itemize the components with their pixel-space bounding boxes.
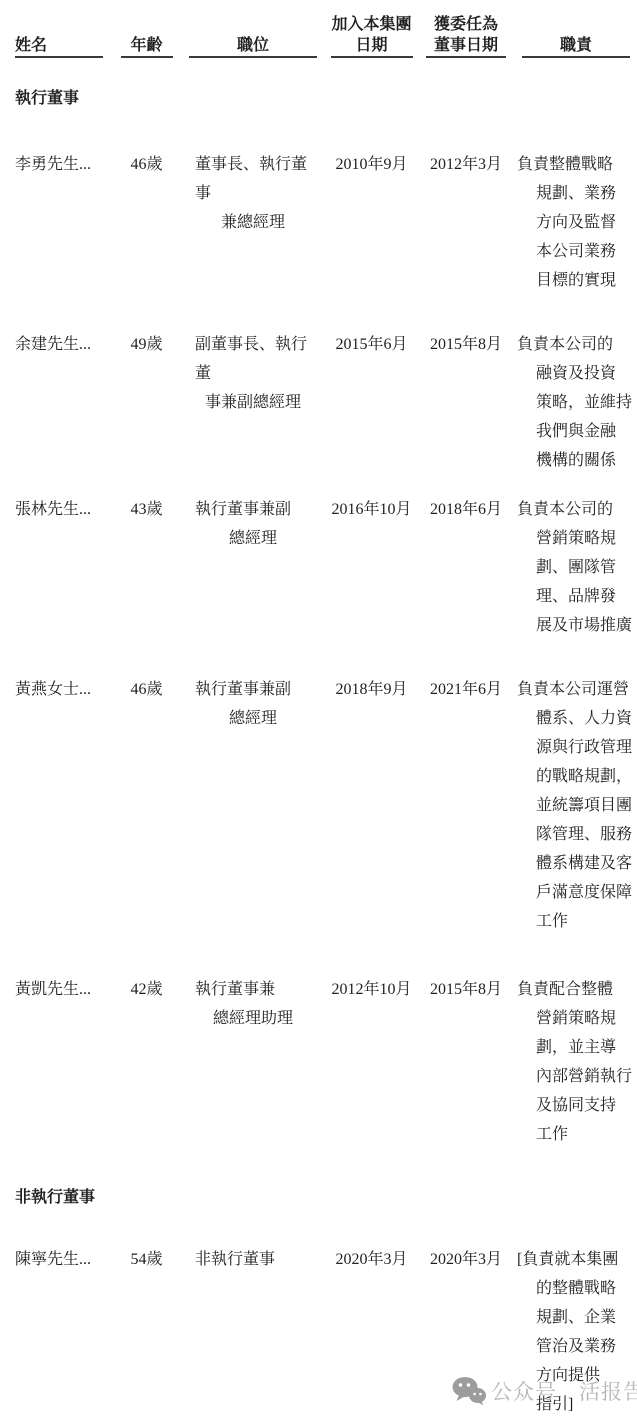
director-position: 執行董事兼總經理助理 [188,975,330,1149]
header-age: 年齡 [120,10,188,58]
header-duties: 職責 [517,10,632,58]
director-name: 張林先生... [15,495,120,640]
text-line: 理、品牌發 [517,582,632,611]
join-date: 2018年9月 [330,675,425,936]
appointed-date: 2020年3月 [425,1245,517,1419]
text-line: 營銷策略規 [517,524,632,553]
text-line: 及協同支持 [517,1091,632,1120]
text-line: 劃，並主導 [517,1033,632,1062]
text-line: 我們與金融 [517,417,632,446]
header-age-label: 年齡 [121,35,173,56]
director-age: 54歲 [120,1245,188,1419]
text-line: 的戰略規劃， [517,762,632,791]
text-line: 執行董事兼副 [188,495,318,524]
text-line: 總經理 [188,524,318,553]
appointed-date: 2021年6月 [425,675,517,936]
text-line: 執行董事兼副 [188,675,318,704]
header-duties-label: 職責 [522,35,630,56]
document-page: 姓名 年齡 職位 加入本集團 日期 獲委任為 董事日期 職責 執行董事 李勇先生… [0,0,637,1422]
join-date: 2010年9月 [330,150,425,295]
join-date: 2015年6月 [330,330,425,475]
header-join-date-line1: 加入本集團 [331,14,413,35]
text-line: 方向及監督 [517,208,632,237]
text-line: 隊管理、服務 [517,820,632,849]
join-date: 2012年10月 [330,975,425,1149]
header-position: 職位 [188,10,330,58]
join-date: 2016年10月 [330,495,425,640]
text-line: 本公司業務 [517,237,632,266]
director-name: 余建先生... [15,330,120,475]
director-duties: 負責本公司的營銷策略規劃、團隊管理、品牌發展及市場推廣 [517,495,632,640]
director-name: 陳寧先生... [15,1245,120,1419]
text-line: 事兼副總經理 [188,388,318,417]
text-line: 體系、人力資 [517,704,632,733]
header-join-date-line2: 日期 [331,35,413,56]
text-line: 融資及投資 [517,359,632,388]
appointed-date: 2018年6月 [425,495,517,640]
text-line: 方向提供 [517,1361,632,1390]
table-row: 陳寧先生... 54歲 非執行董事 2020年3月 2020年3月 [負責就本集… [15,1245,632,1419]
table-row: 黃凱先生... 42歲 執行董事兼總經理助理 2012年10月 2015年8月 … [15,975,632,1149]
text-line: 負責配合整體 [517,975,632,1004]
text-line: 並統籌項目團 [517,791,632,820]
text-line: 戶滿意度保障 [517,878,632,907]
table-header-row: 姓名 年齡 職位 加入本集團 日期 獲委任為 董事日期 職責 [15,10,632,58]
text-line: 負責本公司的 [517,330,632,359]
director-position: 副董事長、執行董事兼副總經理 [188,330,330,475]
text-line: 劃、團隊管 [517,553,632,582]
director-name: 李勇先生... [15,150,120,295]
director-duties: 負責配合整體營銷策略規劃，並主導內部營銷執行及協同支持工作 [517,975,632,1149]
director-position: 執行董事兼副總經理 [188,675,330,936]
director-age: 42歲 [120,975,188,1149]
section-title-executive-directors: 執行董事 [15,88,79,110]
director-age: 49歲 [120,330,188,475]
director-position: 董事長、執行董事兼總經理 [188,150,330,295]
table-row: 黃燕女士... 46歲 執行董事兼副總經理 2018年9月 2021年6月 負責… [15,675,632,936]
text-line: 內部營銷執行 [517,1062,632,1091]
table-row: 張林先生... 43歲 執行董事兼副總經理 2016年10月 2018年6月 負… [15,495,632,640]
director-age: 43歲 [120,495,188,640]
text-line: 總經理 [188,704,318,733]
header-join-date: 加入本集團 日期 [330,10,425,58]
text-line: 展及市場推廣 [517,611,632,640]
text-line: 機構的關係 [517,446,632,475]
appointed-date: 2012年3月 [425,150,517,295]
director-age: 46歲 [120,675,188,936]
text-line: 營銷策略規 [517,1004,632,1033]
text-line: 負責本公司的 [517,495,632,524]
text-line: 策略，並維持 [517,388,632,417]
director-duties: 負責本公司運營體系、人力資源與行政管理的戰略規劃，並統籌項目團隊管理、服務體系構… [517,675,632,936]
text-line: 總經理助理 [188,1004,318,1033]
appointed-date: 2015年8月 [425,975,517,1149]
header-position-label: 職位 [189,35,317,56]
text-line: 規劃、業務 [517,179,632,208]
director-name: 黃凱先生... [15,975,120,1149]
text-line: 管治及業務 [517,1332,632,1361]
text-line: 兼總經理 [188,208,318,237]
director-age: 46歲 [120,150,188,295]
director-position: 非執行董事 [188,1245,330,1419]
director-duties: [負責就本集團的整體戰略規劃、企業管治及業務方向提供指引] [517,1245,632,1419]
text-line: 目標的實現 [517,266,632,295]
text-line: 負責本公司運營 [517,675,632,704]
text-line: 工作 [517,907,632,936]
header-name: 姓名 [15,10,120,58]
header-name-label: 姓名 [15,35,103,56]
text-line: 執行董事兼 [188,975,318,1004]
text-line: 體系構建及客 [517,849,632,878]
director-duties: 負責整體戰略規劃、業務方向及監督本公司業務目標的實現 [517,150,632,295]
header-appointed-date: 獲委任為 董事日期 [425,10,517,58]
section-title-non-executive-directors: 非執行董事 [15,1187,95,1209]
join-date: 2020年3月 [330,1245,425,1419]
table-row: 李勇先生... 46歲 董事長、執行董事兼總經理 2010年9月 2012年3月… [15,150,632,295]
director-name: 黃燕女士... [15,675,120,936]
header-appointed-date-line2: 董事日期 [426,35,506,56]
director-position: 執行董事兼副總經理 [188,495,330,640]
text-line: 董事長、執行董事 [188,150,318,208]
text-line: 副董事長、執行董 [188,330,318,388]
text-line: 工作 [517,1120,632,1149]
text-line: 非執行董事 [188,1245,318,1274]
director-duties: 負責本公司的融資及投資策略，並維持我們與金融機構的關係 [517,330,632,475]
text-line: 的整體戰略 [517,1274,632,1303]
text-line: 負責整體戰略 [517,150,632,179]
text-line: 指引] [517,1390,632,1419]
text-line: [負責就本集團 [517,1245,632,1274]
text-line: 源與行政管理 [517,733,632,762]
header-appointed-date-line1: 獲委任為 [426,14,506,35]
text-line: 規劃、企業 [517,1303,632,1332]
appointed-date: 2015年8月 [425,330,517,475]
table-row: 余建先生... 49歲 副董事長、執行董事兼副總經理 2015年6月 2015年… [15,330,632,475]
